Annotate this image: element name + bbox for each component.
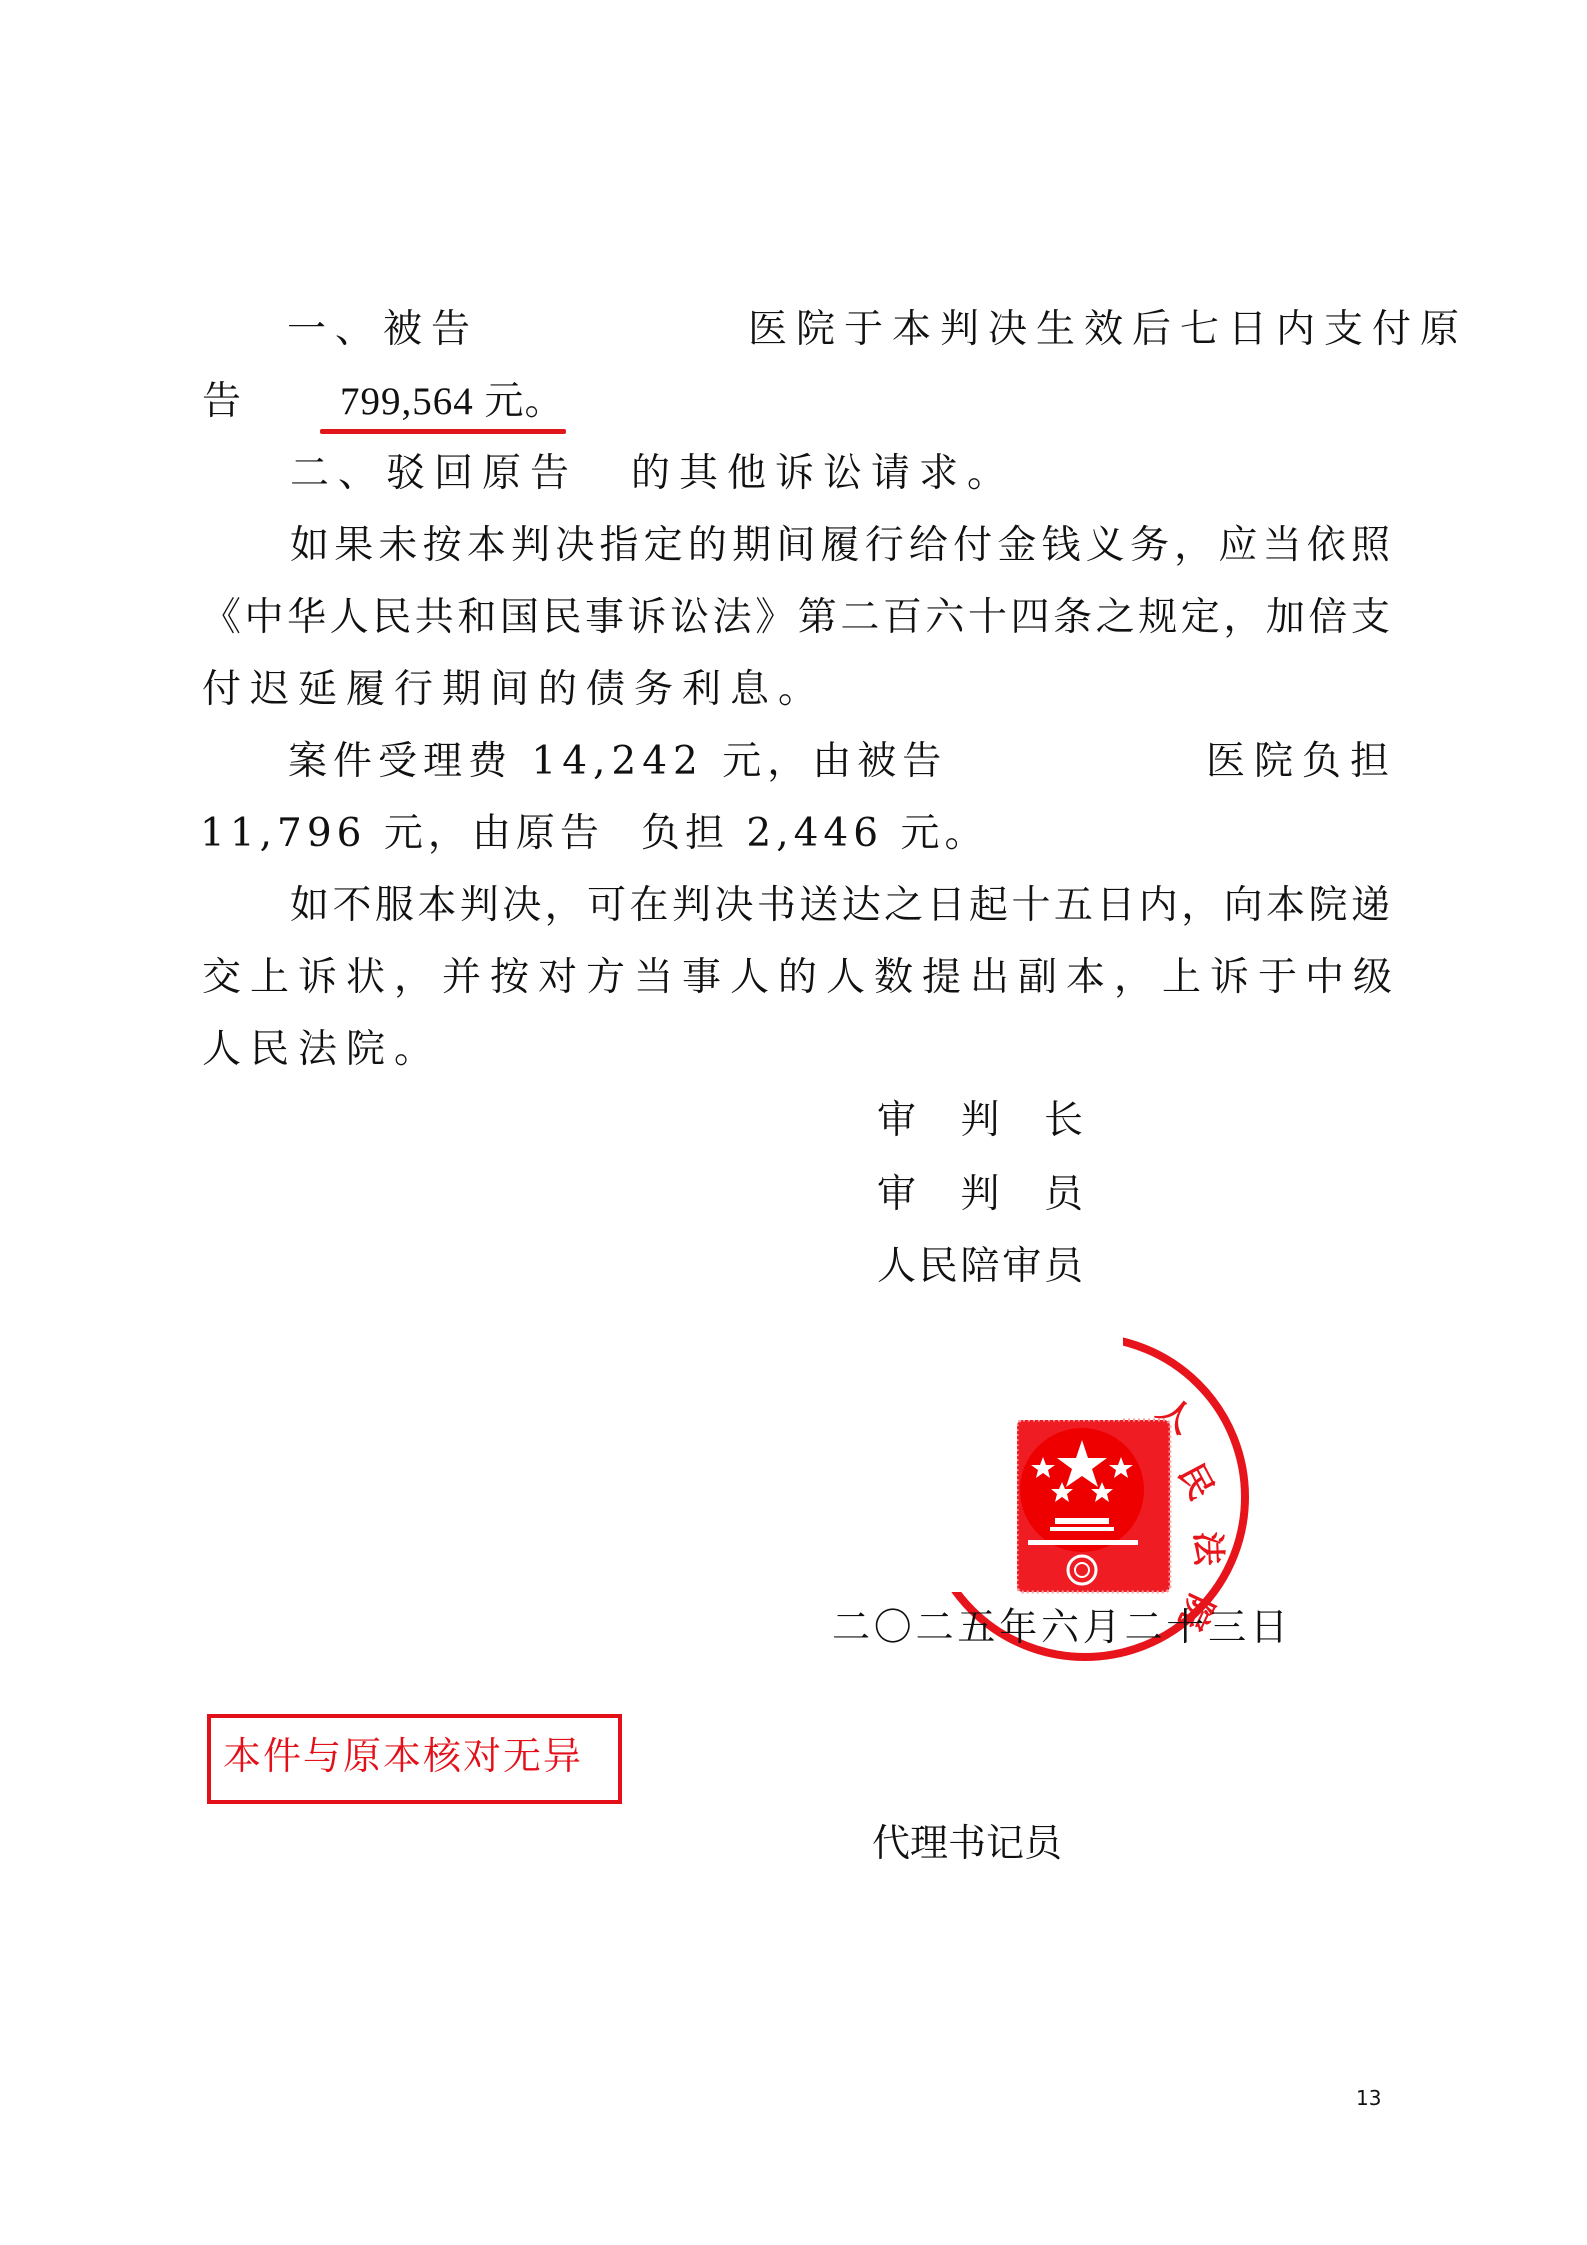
delay-para-line2: 《中华人民共和国民事诉讼法》第二百六十四条之规定，加倍支	[202, 596, 1390, 640]
appeal-para-line2b: 中级	[1305, 956, 1401, 1000]
item1-text-cont: 告	[202, 380, 250, 424]
fee-para-line2b: 负担 2,446 元。	[641, 812, 988, 856]
national-emblem-icon	[1017, 1420, 1170, 1592]
verification-stamp-text: 本件与原本核对无异	[223, 1732, 583, 1780]
verification-stamp: 本件与原本核对无异	[207, 1714, 622, 1804]
amount-red-underline	[320, 429, 566, 434]
appeal-para-line2a: 交上诉状，并按对方当事人的人数提出副本，上诉于	[202, 956, 1306, 1000]
seal-char-3: 法	[1187, 1531, 1228, 1567]
item2-text: 的其他诉讼请求。	[631, 452, 1015, 496]
clerk-label: 代理书记员	[872, 1821, 1048, 1865]
fee-para-line1a: 案件受理费 14,242 元，由被告	[288, 740, 947, 784]
chief-judge-label: 审判长	[877, 1099, 1083, 1143]
item1-defendant-label: 一、被告	[287, 308, 479, 352]
seal-char-2: 民	[1170, 1457, 1221, 1506]
fee-para-line2a: 11,796 元，由原告	[200, 812, 604, 856]
redaction-patch	[880, 1420, 1017, 1592]
redaction-patch	[880, 1322, 1123, 1420]
delay-para-line3: 付迟延履行期间的债务利息。	[202, 668, 826, 712]
page-number: 13	[1356, 2086, 1381, 2110]
judge-label: 审判员	[877, 1173, 1083, 1217]
fee-para-line1b: 医院负担	[1206, 740, 1398, 784]
appeal-para-line1: 如不服本判决，可在判决书送达之日起十五日内，向本院递	[290, 884, 1390, 928]
item2-label: 二、驳回原告	[290, 452, 578, 496]
delay-para-line1: 如果未按本判决指定的期间履行给付金钱义务，应当依照	[290, 524, 1390, 568]
appeal-para-line3: 人民法院。	[202, 1028, 442, 1072]
juror-label: 人民陪审员	[877, 1245, 1083, 1289]
judgment-date: 二〇二五年六月二十三日	[832, 1605, 1288, 1649]
award-amount: 799,564 元。	[340, 380, 565, 424]
item1-text: 医院于本判决生效后七日内支付原	[748, 308, 1468, 352]
